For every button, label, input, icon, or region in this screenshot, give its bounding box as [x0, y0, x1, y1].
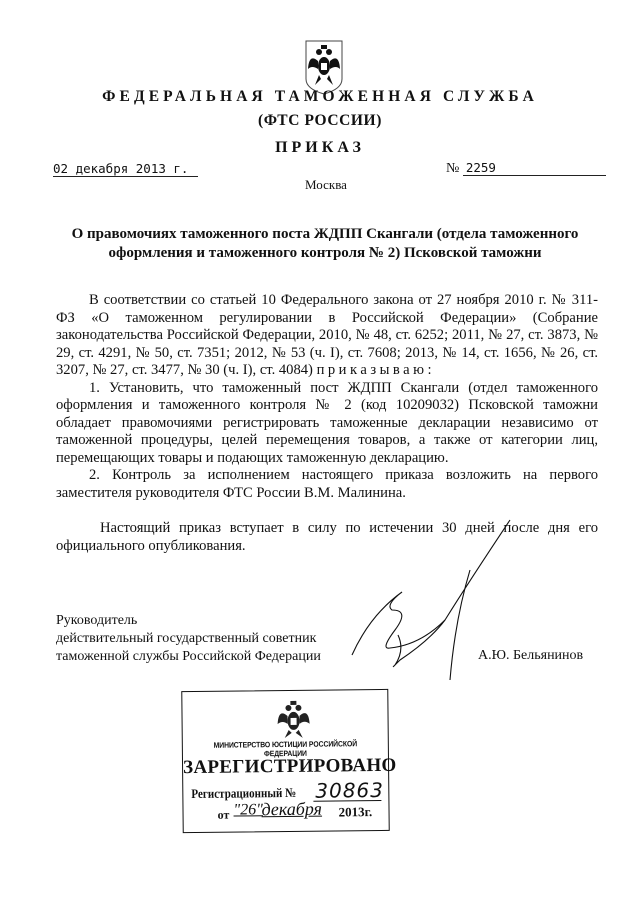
city: Москва	[0, 177, 640, 193]
registration-stamp: МИНИСТЕРСТВО ЮСТИЦИИ РОССИЙСКОЙ ФЕДЕРАЦИ…	[181, 689, 389, 833]
order-item-1: 1. Установить, что таможенный пост ЖДПП …	[56, 380, 598, 468]
order-date: 02 декабря 2013 г.	[53, 161, 198, 177]
order-subject: О правомочиях таможенного поста ЖДПП Ска…	[60, 225, 590, 263]
stamp-date-prefix: от	[217, 808, 229, 823]
agency-short-name: (ФТС РОССИИ)	[0, 112, 640, 130]
stamp-date-month: декабря	[261, 799, 322, 821]
stamp-date-year: 2013г.	[338, 804, 372, 820]
coat-of-arms-icon	[303, 39, 345, 95]
agency-name: ФЕДЕРАЛЬНАЯ ТАМОЖЕННАЯ СЛУЖБА	[0, 88, 640, 106]
number-value: 2259	[463, 160, 606, 176]
document-type: ПРИКАЗ	[0, 139, 640, 157]
stamp-date-day: "26"	[233, 801, 263, 819]
order-number: № 2259	[446, 160, 606, 177]
handwritten-signature-icon	[350, 500, 520, 690]
signatory-title: Руководитель действительный государствен…	[56, 612, 321, 666]
number-label: №	[446, 161, 459, 176]
order-word: приказываю:	[317, 362, 435, 378]
preamble: В соответствии со статьей 10 Федеральног…	[56, 292, 598, 380]
order-item-2: 2. Контроль за исполнением настоящего пр…	[56, 467, 598, 502]
stamp-coat-of-arms-icon	[275, 700, 311, 740]
stamp-status: ЗАРЕГИСТРИРОВАНО	[183, 755, 388, 779]
stamp-reg-number: 30863	[315, 778, 384, 803]
